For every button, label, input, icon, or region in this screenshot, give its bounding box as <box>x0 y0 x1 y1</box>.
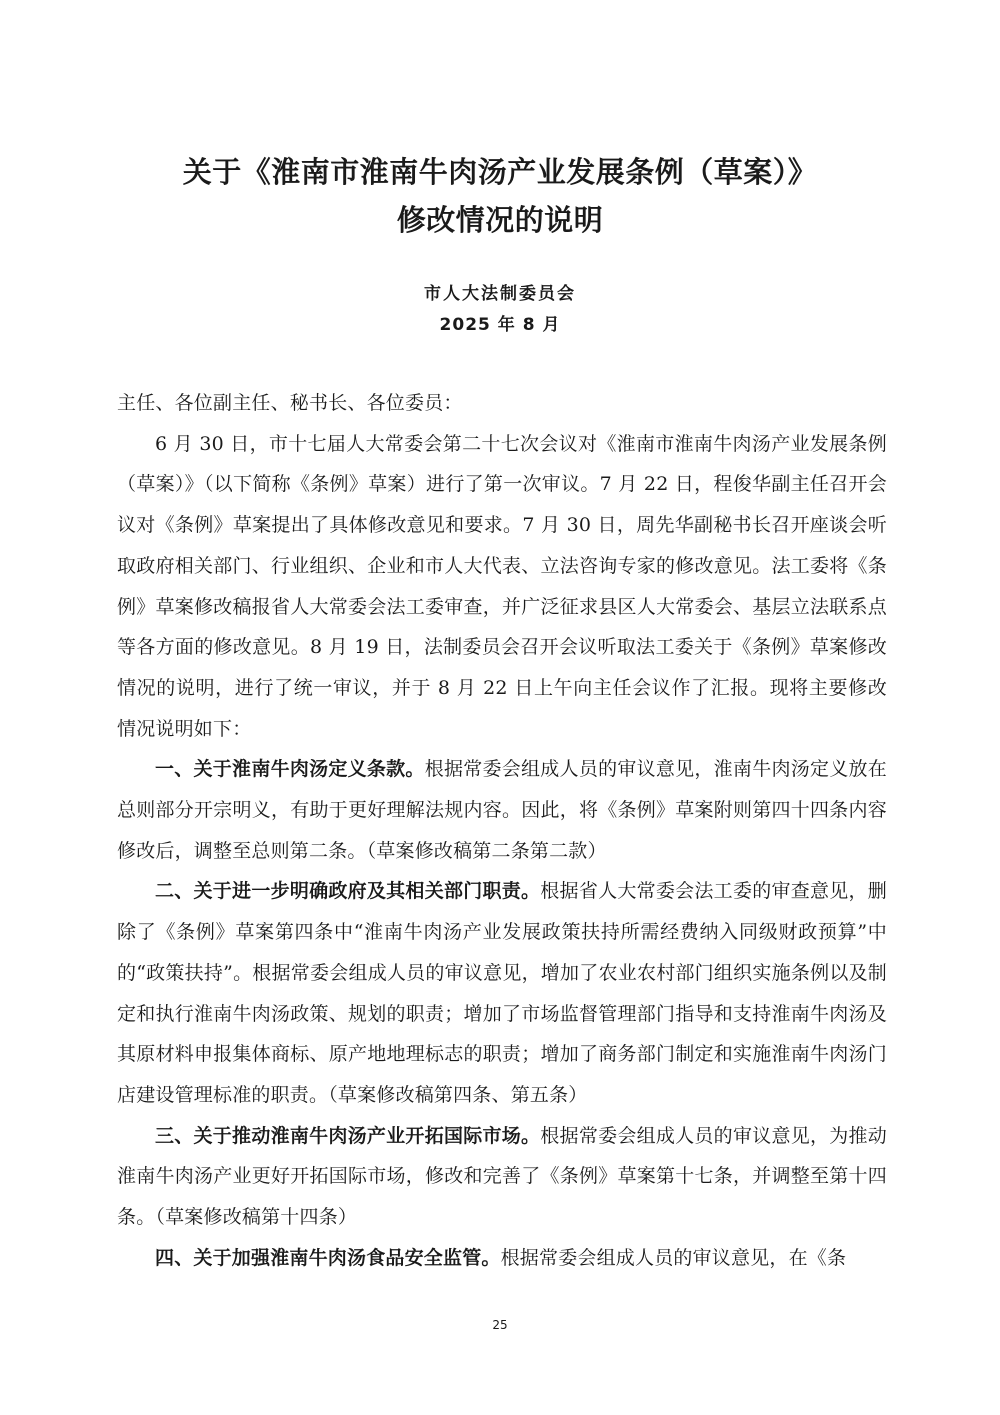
paragraph-heading: 一、关于淮南牛肉汤定义条款。 <box>155 758 425 780</box>
paragraph-text: 6 月 30 日，市十七届人大常委会第二十七次会议对《淮南市淮南牛肉汤产业发展条… <box>117 433 887 740</box>
paragraph-text: 根据常委会组成人员的审议意见，在《条 <box>501 1247 847 1269</box>
paragraph-text: 根据省人大常委会法工委的审查意见，删除了《条例》草案第四条中“淮南牛肉汤产业发展… <box>117 880 887 1106</box>
paragraph-heading: 四、关于加强淮南牛肉汤食品安全监管。 <box>155 1247 501 1269</box>
paragraph-item-4: 四、关于加强淮南牛肉汤食品安全监管。根据常委会组成人员的审议意见，在《条 <box>117 1238 887 1279</box>
salutation: 主任、各位副主任、秘书长、各位委员： <box>117 383 887 424</box>
document-title-line-2: 修改情况的说明 <box>0 199 1000 241</box>
paragraph-item-3: 三、关于推动淮南牛肉汤产业开拓国际市场。根据常委会组成人员的审议意见，为推动淮南… <box>117 1116 887 1238</box>
paragraph-item-2: 二、关于进一步明确政府及其相关部门职责。根据省人大常委会法工委的审查意见，删除了… <box>117 871 887 1115</box>
paragraph-intro: 6 月 30 日，市十七届人大常委会第二十七次会议对《淮南市淮南牛肉汤产业发展条… <box>117 424 887 750</box>
page-number: 25 <box>0 1318 1000 1332</box>
document-body: 主任、各位副主任、秘书长、各位委员： 6 月 30 日，市十七届人大常委会第二十… <box>117 383 887 1278</box>
document-page: 关于《淮南市淮南牛肉汤产业发展条例（草案）》 修改情况的说明 市人大法制委员会 … <box>0 0 1000 1415</box>
paragraph-heading: 二、关于进一步明确政府及其相关部门职责。 <box>155 880 540 902</box>
author-committee: 市人大法制委员会 <box>0 282 1000 306</box>
document-date: 2025 年 8 月 <box>0 313 1000 337</box>
paragraph-heading: 三、关于推动淮南牛肉汤产业开拓国际市场。 <box>155 1125 540 1147</box>
paragraph-item-1: 一、关于淮南牛肉汤定义条款。根据常委会组成人员的审议意见，淮南牛肉汤定义放在总则… <box>117 749 887 871</box>
document-title-line-1: 关于《淮南市淮南牛肉汤产业发展条例（草案）》 <box>0 151 1000 193</box>
